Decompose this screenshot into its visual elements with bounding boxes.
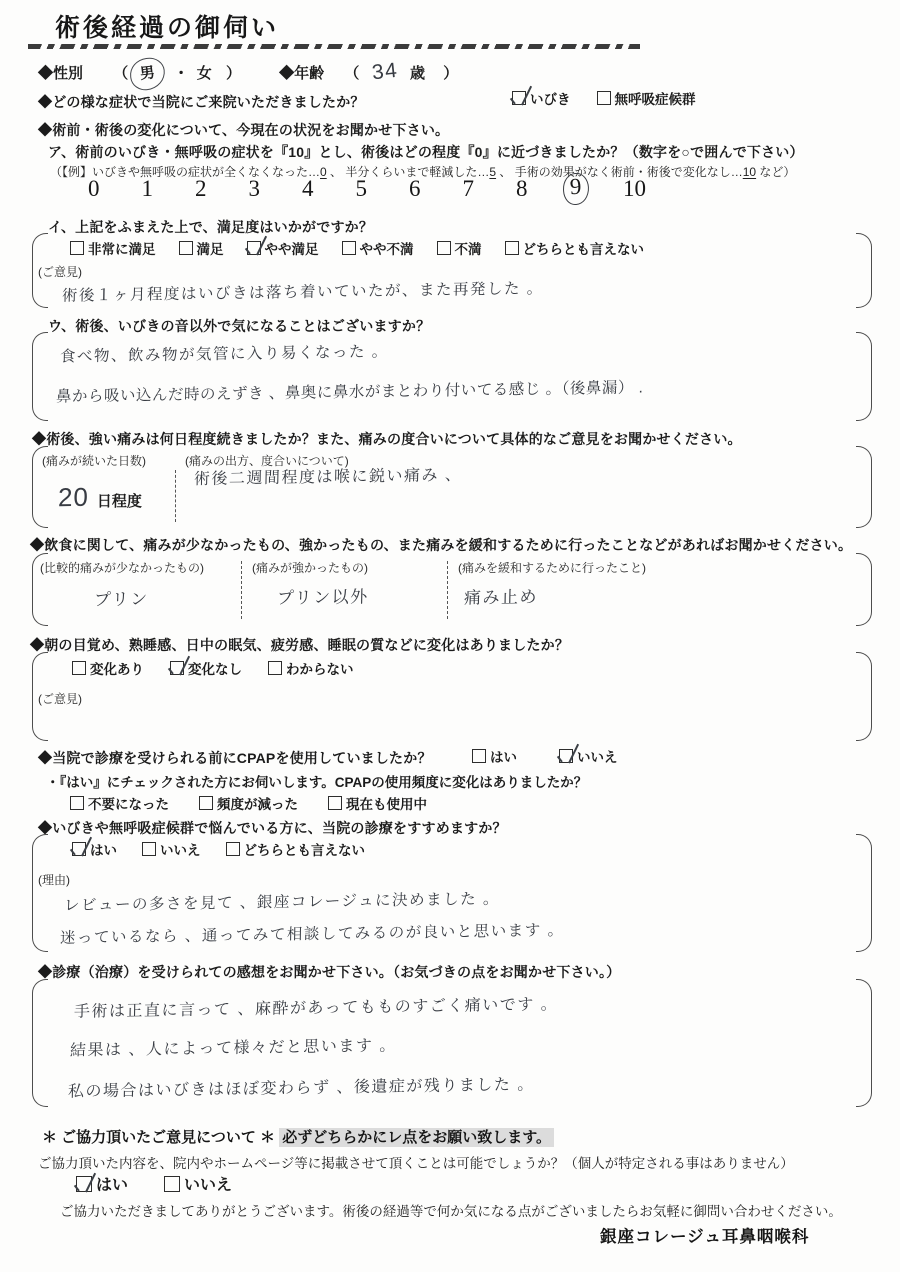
publish-yes-checkbox[interactable]	[76, 1176, 92, 1192]
satisfaction-comment-handwriting: 術後１ヶ月程度はいびきは落ち着いていたが、また再発した 。	[62, 276, 544, 306]
change-yes-checkbox[interactable]	[72, 661, 86, 675]
sleep-answer-box: 変化あり 変化なし わからない (ご意見)	[32, 652, 872, 741]
diet-col3-label: (痛みを緩和するために行ったこと)	[458, 559, 646, 576]
age-paren-close: ）	[443, 65, 458, 82]
publish-no-checkbox[interactable]	[164, 1176, 180, 1192]
visit-option-snoring: いびき	[512, 88, 571, 108]
diet-answer-box: (比較的痛みが少なかったもの) (痛みが強かったもの) (痛みを緩和するために行…	[32, 553, 872, 626]
apnea-label: 無呼吸症候群	[615, 88, 696, 108]
diet-col2-handwriting: プリン以外	[277, 582, 369, 608]
change-no-label: 変化なし	[188, 658, 242, 678]
cpap-no-checkbox[interactable]	[559, 749, 573, 763]
example-part: など）	[756, 165, 795, 179]
pain-detail-handwriting: 術後二週間程度は喉に鋭い痛み 、	[194, 462, 463, 489]
recommend-options: はい いいえ どちらとも言えない	[72, 839, 365, 859]
scale-number-8[interactable]: 8	[516, 176, 528, 202]
bracket-left	[32, 332, 48, 421]
recommend-neither-label: どちらとも言えない	[244, 839, 366, 859]
scale-number-4[interactable]: 4	[302, 176, 314, 202]
bracket-right	[856, 834, 872, 952]
scale-number-6[interactable]: 6	[409, 176, 421, 202]
diet-col3-handwriting: 痛み止め	[464, 582, 538, 608]
cpap-question: ◆当院で診療を受けられる前にCPAPを使用していましたか？	[38, 748, 432, 768]
scale-number-10[interactable]: 10	[623, 176, 646, 202]
pain-column-divider	[175, 470, 176, 522]
gender-female[interactable]: 女	[197, 65, 212, 82]
cpap-yes-label: はい	[490, 746, 517, 766]
gender-label: ◆性別	[38, 65, 83, 82]
scale-number-2[interactable]: 2	[195, 176, 207, 202]
severity-scale: 0 1 2 3 4 5 6 7 8 9 10	[88, 176, 646, 202]
bracket-right	[856, 652, 872, 741]
somewhat-satisfied-label: やや満足	[265, 238, 319, 258]
age-label: ◆年齢	[279, 65, 324, 82]
scanned-questionnaire: 術後経過の御伺い ◆性別 （ 男 ・ 女 ） ◆年齢 （ 34 歳 ） ◆どの様…	[0, 0, 900, 1272]
page-title: 術後経過の御伺い	[55, 8, 279, 44]
neither-checkbox[interactable]	[505, 241, 519, 255]
neither-label: どちらとも言えない	[523, 238, 645, 258]
cpap-still-using-label: 現在も使用中	[346, 793, 427, 813]
scale-number-1[interactable]: 1	[142, 176, 154, 202]
concerns-line-2: 鼻から吸い込んだ時のえずき 、鼻奥に鼻水がまとわり付いてる感じ 。（後鼻漏） .	[56, 375, 644, 406]
very-satisfied-label: 非常に満足	[88, 238, 156, 258]
diet-col1-handwriting: プリン	[94, 585, 149, 611]
satisfied-label: 満足	[197, 238, 224, 258]
diet-divider-2	[447, 561, 448, 619]
pain-answer-box: (痛みが続いた日数) (痛みの出方、度合いについて) 20 日程度 術後二週間程…	[32, 446, 872, 528]
gender-male[interactable]: 男	[139, 64, 156, 83]
recommend-no-checkbox[interactable]	[142, 842, 156, 856]
consent-options: はい いいえ	[76, 1172, 232, 1195]
consent-heading-bold: 必ずどちらかにレ点をお願い致します。	[279, 1128, 554, 1147]
satisfaction-options: 非常に満足 満足 やや満足 やや不満 不満 どちらとも言えない	[70, 238, 644, 258]
snoring-checkbox[interactable]	[512, 91, 526, 105]
satisfied-checkbox[interactable]	[179, 241, 193, 255]
change-unknown-label: わからない	[286, 658, 354, 678]
somewhat-satisfied-checkbox[interactable]	[247, 241, 261, 255]
recommend-yes-checkbox[interactable]	[72, 842, 86, 856]
thanks-note: ご協力いただきましてありがとうございます。術後の経過等で何か気になる点がございま…	[60, 1200, 842, 1220]
satisfaction-answer-box: 非常に満足 満足 やや満足 やや不満 不満 どちらとも言えない (ご意見) 術後…	[32, 233, 872, 308]
change-no-checkbox[interactable]	[170, 661, 184, 675]
publish-no-label: いいえ	[184, 1172, 232, 1195]
impressions-line-1: 手術は正直に言って 、麻酔があってもものすごく痛いです 。	[74, 991, 559, 1022]
cpap-options: はい いいえ	[472, 746, 618, 766]
recommend-yes-label: はい	[90, 839, 117, 859]
apnea-checkbox[interactable]	[597, 91, 611, 105]
bracket-right	[856, 446, 872, 528]
diet-col2-label: (痛みが強かったもの)	[252, 559, 368, 576]
age-value: 34	[370, 59, 399, 86]
pain-days-answer: 20 日程度	[58, 482, 142, 513]
scale-number-7[interactable]: 7	[463, 176, 475, 202]
gender-paren-open: （	[113, 65, 128, 82]
very-satisfied-checkbox[interactable]	[70, 241, 84, 255]
cpap-still-using-checkbox[interactable]	[328, 796, 342, 810]
example-anchor-10: 10	[743, 165, 756, 179]
dissatisfied-checkbox[interactable]	[437, 241, 451, 255]
gender-circle-mark[interactable]: 男	[129, 56, 168, 92]
sleep-options: 変化あり 変化なし わからない	[72, 658, 354, 678]
impressions-line-2: 結果は 、人によって様々だと思います 。	[70, 1032, 397, 1060]
scale-number-0[interactable]: 0	[88, 176, 100, 202]
recommend-no-label: いいえ	[160, 839, 201, 859]
bracket-left	[32, 979, 48, 1107]
pain-days-value-handwriting: 20	[58, 482, 90, 513]
scale-question: ア、術前のいびき・無呼吸の症状を『10』とし、術後はどの程度『0』に近づきました…	[48, 142, 804, 162]
cpap-unneeded-checkbox[interactable]	[70, 796, 84, 810]
concerns-line-1: 食べ物、飲み物が気管に入り易くなった 。	[60, 339, 389, 366]
visit-question: ◆どの様な症状で当院にご来院いただきましたか？	[38, 92, 365, 112]
diet-question: ◆飲食に関して、痛みが少なかったもの、強かったもの、また痛みを緩和するために行っ…	[30, 535, 852, 555]
pain-days-unit: 日程度	[97, 490, 142, 511]
clinic-name: 銀座コレージュ耳鼻咽喉科	[600, 1223, 809, 1247]
change-heading: ◆術前・術後の変化について、今現在の状況をお聞かせ下さい。	[38, 120, 449, 140]
title-divider	[28, 44, 640, 49]
impressions-line-3: 私の場合はいびきはほぼ変わらず 、後遺症が残りました 。	[68, 1071, 535, 1101]
somewhat-dissatisfied-checkbox[interactable]	[342, 241, 356, 255]
sleep-opinion-label: (ご意見)	[38, 690, 82, 707]
diet-col1-label: (比較的痛みが少なかったもの)	[40, 559, 204, 576]
bracket-right	[856, 979, 872, 1107]
bracket-left	[32, 834, 48, 952]
recommend-line-1: レビューの多さを見て 、銀座コレージュに決めました 。	[64, 887, 500, 916]
cpap-sub-options: 不要になった 頻度が減った 現在も使用中	[70, 793, 427, 813]
reason-label: (理由)	[38, 871, 70, 888]
somewhat-dissatisfied-label: やや不満	[360, 238, 414, 258]
cpap-reduced-label: 頻度が減った	[217, 793, 298, 813]
cpap-yes-checkbox[interactable]	[472, 749, 486, 763]
impressions-answer-box: 手術は正直に言って 、麻酔があってもものすごく痛いです 。 結果は 、人によって…	[32, 979, 872, 1107]
cpap-unneeded-label: 不要になった	[88, 793, 169, 813]
scale-number-3[interactable]: 3	[249, 176, 261, 202]
cpap-sub-question: ・『はい』にチェックされた方にお伺いします。CPAPの使用頻度に変化はありました…	[46, 771, 587, 791]
change-yes-label: 変化あり	[90, 658, 144, 678]
gender-paren-close: ）	[226, 65, 241, 82]
publish-yes-label: はい	[96, 1172, 128, 1195]
consent-heading-prefix: ＊ ご協力頂いたご意見について ＊	[42, 1129, 279, 1146]
consent-question: ご協力頂いた内容を、院内やホームページ等に掲載させて頂くことは可能でしょうか？（…	[38, 1152, 794, 1172]
pain-days-label: (痛みが続いた日数)	[42, 452, 146, 469]
cpap-reduced-checkbox[interactable]	[199, 796, 213, 810]
dissatisfied-label: 不満	[455, 238, 482, 258]
opinion-label: (ご意見)	[38, 263, 82, 280]
age-unit: 歳	[410, 65, 425, 82]
consent-heading: ＊ ご協力頂いたご意見について ＊ 必ずどちらかにレ点をお願い致します。	[42, 1126, 554, 1147]
age-paren-open: （	[344, 65, 359, 82]
bracket-right	[856, 233, 872, 308]
bracket-right	[856, 553, 872, 626]
recommend-neither-checkbox[interactable]	[226, 842, 240, 856]
concerns-answer-box: 食べ物、飲み物が気管に入り易くなった 。 鼻から吸い込んだ時のえずき 、鼻奥に鼻…	[32, 332, 872, 421]
recommend-answer-box: はい いいえ どちらとも言えない (理由) レビューの多さを見て 、銀座コレージ…	[32, 834, 872, 952]
gender-dot: ・	[174, 65, 189, 82]
profile-row: ◆性別 （ 男 ・ 女 ） ◆年齢 （ 34 歳 ）	[38, 60, 458, 84]
scale-number-9-circled[interactable]: 9	[562, 172, 589, 205]
snoring-label: いびき	[530, 88, 571, 108]
bracket-right	[856, 332, 872, 421]
visit-options: いびき 無呼吸症候群	[512, 88, 696, 108]
scale-number-5[interactable]: 5	[356, 176, 368, 202]
diet-divider-1	[241, 561, 242, 619]
cpap-no-label: いいえ	[577, 746, 618, 766]
visit-option-apnea: 無呼吸症候群	[597, 88, 696, 108]
change-unknown-checkbox[interactable]	[268, 661, 282, 675]
recommend-line-2: 迷っているなら 、通ってみて相談してみるのが良いと思います 。	[60, 918, 565, 948]
